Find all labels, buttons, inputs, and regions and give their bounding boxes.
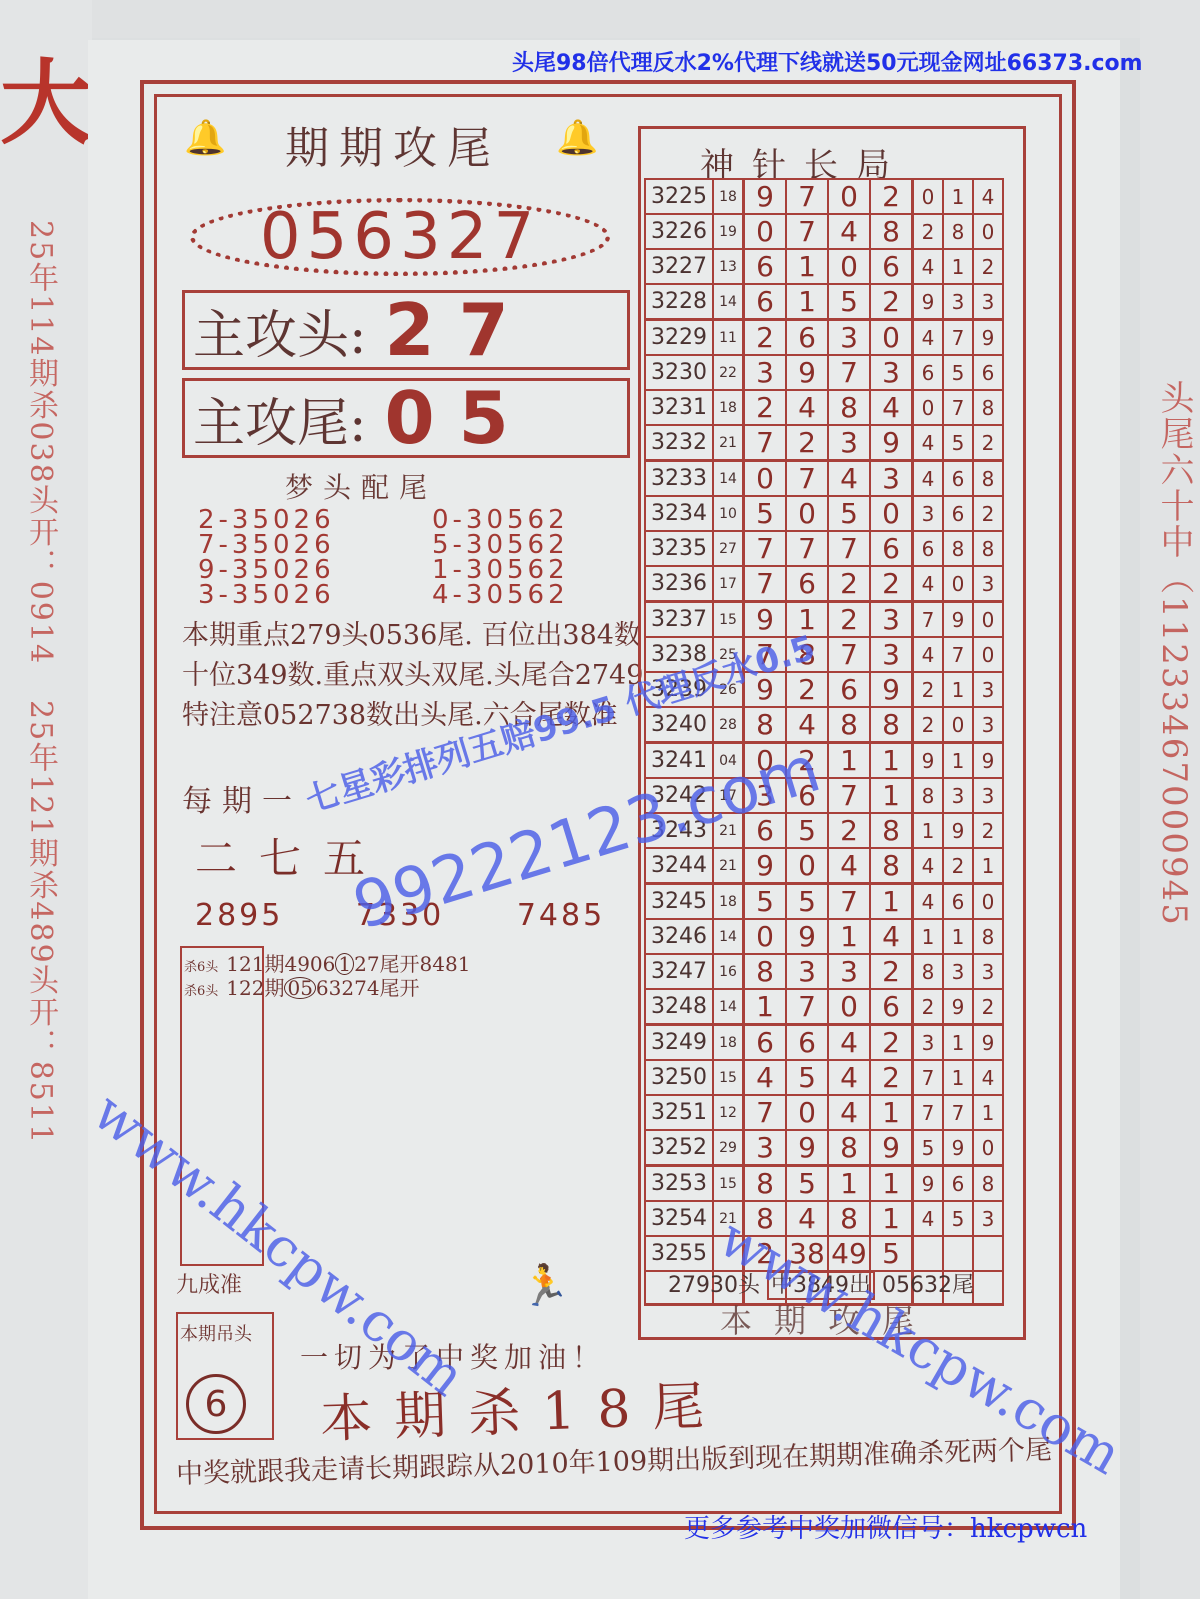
dream-title: 梦头配尾 bbox=[285, 466, 437, 506]
grid-big-digit: 1 bbox=[870, 743, 913, 779]
diao-tou-value: 6 bbox=[186, 1374, 246, 1434]
grid-issue: 3254 bbox=[645, 1201, 713, 1236]
dream-right-list: 0-30562 5-30562 1-30562 4-30562 bbox=[432, 508, 569, 608]
grid-big-digit: 1 bbox=[828, 919, 870, 954]
grid-big-digit: 6 bbox=[786, 1025, 828, 1061]
grid-big-digit: 7 bbox=[786, 989, 828, 1025]
grid-big-digit: 9 bbox=[744, 848, 787, 884]
grid-big-digit: 5 bbox=[828, 496, 870, 531]
grid-big-digit: 5 bbox=[870, 1236, 913, 1271]
grid-big-digit: 3 bbox=[744, 1130, 787, 1166]
grid-small-digit: 3 bbox=[943, 954, 973, 989]
grid-small-digit: 2 bbox=[973, 813, 1003, 848]
grid-big-digit: 7 bbox=[828, 355, 870, 390]
grid-big-digit: 7 bbox=[786, 531, 828, 566]
grid-issue: 3232 bbox=[645, 425, 713, 461]
grid-small-digit: 3 bbox=[943, 778, 973, 813]
grid-row: 3250154542714 bbox=[645, 1060, 1003, 1095]
grid-small-digit: 2 bbox=[913, 707, 944, 743]
grid-sum: 27 bbox=[713, 531, 744, 566]
grid-small-digit: 0 bbox=[973, 884, 1003, 920]
grid-small-digit: 8 bbox=[973, 461, 1003, 497]
grid-small-digit: 4 bbox=[973, 179, 1003, 214]
grid-big-digit: 0 bbox=[828, 249, 870, 284]
grid-big-digit: 7 bbox=[786, 214, 828, 249]
grid-big-digit: 7 bbox=[744, 425, 787, 461]
running-kid-icon: 🏃 bbox=[520, 1262, 570, 1309]
grid-small-digit: 9 bbox=[973, 1025, 1003, 1061]
grid-big-digit: 1 bbox=[744, 989, 787, 1025]
grid-small-digit: 2 bbox=[973, 989, 1003, 1025]
grid-big-digit: 4 bbox=[828, 1025, 870, 1061]
results-grid: 3225189702014322619074828032271361064123… bbox=[644, 178, 1004, 1306]
grid-big-digit: 0 bbox=[828, 179, 870, 214]
grid-big-digit: 5 bbox=[744, 884, 787, 920]
grid-row: 3229112630479 bbox=[645, 320, 1003, 356]
grid-row: 3247168332833 bbox=[645, 954, 1003, 989]
grid-big-digit: 8 bbox=[870, 813, 913, 848]
grid-small-digit: 7 bbox=[913, 1095, 944, 1130]
grid-small-digit: 3 bbox=[973, 954, 1003, 989]
grid-big-digit: 8 bbox=[870, 214, 913, 249]
grid-row: 3225189702014 bbox=[645, 179, 1003, 214]
grid-small-digit: 3 bbox=[913, 1025, 944, 1061]
grid-sum: 18 bbox=[713, 884, 744, 920]
grid-row: 3252293989590 bbox=[645, 1130, 1003, 1166]
grid-small-digit: 4 bbox=[913, 637, 944, 672]
grid-small-digit: 8 bbox=[973, 390, 1003, 425]
grid-row: 3230223973656 bbox=[645, 355, 1003, 390]
grid-small-digit: 5 bbox=[943, 355, 973, 390]
grid-big-digit: 8 bbox=[744, 954, 787, 989]
background-sheet-top bbox=[0, 0, 1200, 38]
grid-big-digit: 4 bbox=[870, 390, 913, 425]
left-sheet-line-2: 25年121期杀489头开：8511 bbox=[18, 700, 62, 1145]
diao-tou-label: 本期吊头 bbox=[180, 1320, 252, 1346]
grid-small-digit bbox=[973, 1236, 1003, 1271]
grid-big-digit: 2 bbox=[786, 425, 828, 461]
grid-big-digit: 3 bbox=[828, 954, 870, 989]
grid-small-digit: 0 bbox=[943, 566, 973, 602]
grid-small-digit bbox=[973, 1271, 1003, 1304]
grid-small-digit: 3 bbox=[973, 672, 1003, 707]
grid-big-digit: 7 bbox=[744, 1095, 787, 1130]
grid-row: 3240288488203 bbox=[645, 707, 1003, 743]
grid-big-digit: 0 bbox=[786, 848, 828, 884]
grid-big-digit: 2 bbox=[870, 179, 913, 214]
dream-left-item: 3-35026 bbox=[198, 583, 335, 608]
grid-issue: 3251 bbox=[645, 1095, 713, 1130]
grid-big-digit: 2 bbox=[870, 1025, 913, 1061]
grid-small-digit: 1 bbox=[943, 1060, 973, 1095]
kill-issue: 122期 bbox=[226, 976, 284, 1000]
grid-big-digit: 2 bbox=[786, 672, 828, 707]
grid-small-digit: 7 bbox=[943, 637, 973, 672]
left-sheet-big-char: 大 bbox=[0, 30, 92, 162]
grid-small-digit: 7 bbox=[943, 390, 973, 425]
grid-big-digit: 8 bbox=[828, 1201, 870, 1236]
grid-small-digit: 4 bbox=[913, 884, 944, 920]
grid-small-digit: 6 bbox=[943, 461, 973, 497]
grid-small-digit: 8 bbox=[913, 954, 944, 989]
dream-left-list: 2-35026 7-35026 9-35026 3-35026 bbox=[198, 508, 335, 608]
grid-small-digit: 2 bbox=[973, 425, 1003, 461]
grid-big-digit: 9 bbox=[786, 919, 828, 954]
grid-row: 3234105050362 bbox=[645, 496, 1003, 531]
grid-big-digit: 6 bbox=[870, 989, 913, 1025]
grid-small-digit: 4 bbox=[913, 461, 944, 497]
grid-big-digit: 2 bbox=[870, 954, 913, 989]
note-line: 本期重点279头0536尾. 百位出384数 bbox=[182, 616, 642, 656]
grid-small-digit: 0 bbox=[943, 707, 973, 743]
grid-big-digit: 5 bbox=[786, 884, 828, 920]
grid-big-digit: 8 bbox=[744, 707, 787, 743]
grid-small-digit: 3 bbox=[943, 284, 973, 320]
grid-issue: 3250 bbox=[645, 1060, 713, 1095]
grid-big-digit: 7 bbox=[828, 637, 870, 672]
grid-big-digit: 9 bbox=[786, 355, 828, 390]
grid-small-digit: 1 bbox=[913, 919, 944, 954]
grid-big-digit: 4 bbox=[786, 1201, 828, 1236]
kill-post: 63274尾开 bbox=[316, 976, 420, 1000]
key-number-oval: 056327 bbox=[190, 198, 610, 276]
grid-small-digit: 1 bbox=[973, 848, 1003, 884]
grid-big-digit: 1 bbox=[870, 778, 913, 813]
grid-big-digit: 3 bbox=[786, 954, 828, 989]
grid-big-digit: 8 bbox=[828, 707, 870, 743]
grid-row: 3231182484078 bbox=[645, 390, 1003, 425]
grid-big-digit: 0 bbox=[744, 461, 787, 497]
grid-big-digit: 0 bbox=[870, 496, 913, 531]
grid-small-digit: 4 bbox=[913, 320, 944, 356]
grid-small-digit: 7 bbox=[943, 1095, 973, 1130]
grid-big-digit: 3 bbox=[870, 461, 913, 497]
grid-small-digit: 9 bbox=[943, 602, 973, 638]
grid-big-digit: 3 bbox=[870, 602, 913, 638]
grid-big-digit: 9 bbox=[870, 425, 913, 461]
grid-small-digit: 3 bbox=[973, 707, 1003, 743]
grid-big-digit: 6 bbox=[870, 249, 913, 284]
grid-big-digit: 1 bbox=[870, 1095, 913, 1130]
grid-small-digit: 9 bbox=[943, 989, 973, 1025]
grid-sum: 18 bbox=[713, 179, 744, 214]
main-tail-label: 主攻尾: bbox=[193, 381, 367, 456]
grid-small-digit: 2 bbox=[943, 848, 973, 884]
each-period-number: 2895 bbox=[195, 898, 283, 933]
grid-big-digit: 2 bbox=[828, 602, 870, 638]
grid-row: 3245185571460 bbox=[645, 884, 1003, 920]
each-period-label: 每期一 bbox=[182, 776, 302, 820]
grid-big-digit: 6 bbox=[786, 566, 828, 602]
left-sheet-line-1: 25年114期杀038头开：0914 bbox=[18, 220, 62, 665]
grid-small-digit: 6 bbox=[913, 355, 944, 390]
grid-big-digit: 4 bbox=[828, 461, 870, 497]
bell-icon-left: 🔔 bbox=[184, 118, 226, 158]
grid-row: 3236177622403 bbox=[645, 566, 1003, 602]
grid-small-digit: 0 bbox=[973, 1130, 1003, 1166]
grid-row: 3235277776688 bbox=[645, 531, 1003, 566]
grid-small-digit: 7 bbox=[913, 1060, 944, 1095]
grid-sum: 29 bbox=[713, 1130, 744, 1166]
grid-sum: 14 bbox=[713, 989, 744, 1025]
kill-circled: 05 bbox=[284, 977, 315, 999]
grid-small-digit: 1 bbox=[943, 179, 973, 214]
grid-big-digit: 3 bbox=[828, 425, 870, 461]
grid-small-digit: 6 bbox=[943, 884, 973, 920]
grid-big-digit: 4 bbox=[870, 919, 913, 954]
grid-big-digit: 7 bbox=[828, 778, 870, 813]
grid-small-digit: 9 bbox=[913, 284, 944, 320]
grid-small-digit: 6 bbox=[973, 355, 1003, 390]
grid-sum: 17 bbox=[713, 566, 744, 602]
grid-row: 3232217239452 bbox=[645, 425, 1003, 461]
grid-big-digit: 1 bbox=[870, 1166, 913, 1202]
main-head-value: 27 bbox=[385, 288, 533, 372]
grid-small-digit bbox=[943, 1236, 973, 1271]
grid-small-digit: 2 bbox=[913, 989, 944, 1025]
grid-small-digit: 9 bbox=[943, 813, 973, 848]
grid-big-digit: 4 bbox=[786, 390, 828, 425]
grid-small-digit: 4 bbox=[913, 566, 944, 602]
grid-issue: 3252 bbox=[645, 1130, 713, 1166]
grid-big-digit: 4 bbox=[744, 1060, 787, 1095]
grid-big-digit: 7 bbox=[786, 179, 828, 214]
each-period-number: 7485 bbox=[517, 898, 605, 933]
grid-small-digit: 4 bbox=[913, 1201, 944, 1236]
grid-small-digit: 2 bbox=[913, 672, 944, 707]
grid-sum: 15 bbox=[713, 1060, 744, 1095]
grid-small-digit: 2 bbox=[913, 214, 944, 249]
kill-tag: 杀6头 bbox=[184, 984, 218, 999]
grid-big-digit: 0 bbox=[744, 214, 787, 249]
grid-issue: 3228 bbox=[645, 284, 713, 320]
grid-big-digit: 9 bbox=[870, 1130, 913, 1166]
grid-big-digit: 2 bbox=[744, 390, 787, 425]
grid-big-digit: 6 bbox=[828, 672, 870, 707]
right-sheet-line-1: 头尾六十中（11233467000945 bbox=[1150, 380, 1199, 927]
grid-sum: 13 bbox=[713, 249, 744, 284]
grid-big-digit: 3 bbox=[828, 320, 870, 356]
grid-small-digit: 4 bbox=[913, 249, 944, 284]
grid-big-digit: 7 bbox=[828, 884, 870, 920]
grid-small-digit: 9 bbox=[973, 320, 1003, 356]
grid-small-digit: 4 bbox=[913, 425, 944, 461]
grid-big-digit: 8 bbox=[828, 1130, 870, 1166]
grid-small-digit: 3 bbox=[973, 284, 1003, 320]
grid-issue: 3249 bbox=[645, 1025, 713, 1061]
grid-big-digit: 6 bbox=[786, 320, 828, 356]
grid-issue: 3237 bbox=[645, 602, 713, 638]
grid-big-digit: 0 bbox=[828, 989, 870, 1025]
grid-sum: 18 bbox=[713, 390, 744, 425]
kill-history-row: 杀6头122期0563274尾开 bbox=[184, 972, 420, 1001]
grid-issue: 3245 bbox=[645, 884, 713, 920]
grid-small-digit: 7 bbox=[913, 602, 944, 638]
grid-small-digit: 2 bbox=[973, 249, 1003, 284]
grid-issue: 3233 bbox=[645, 461, 713, 497]
grid-big-digit: 6 bbox=[744, 249, 787, 284]
grid-small-digit: 3 bbox=[973, 1201, 1003, 1236]
grid-big-digit: 5 bbox=[786, 1060, 828, 1095]
main-tail-box: 主攻尾: 05 bbox=[182, 378, 630, 458]
page-title: 期期攻尾 bbox=[285, 112, 501, 176]
grid-row: 3227136106412 bbox=[645, 249, 1003, 284]
grid-small-digit: 7 bbox=[943, 320, 973, 356]
grid-small-digit: 1 bbox=[973, 1095, 1003, 1130]
grid-big-digit: 6 bbox=[870, 531, 913, 566]
grid-sum: 28 bbox=[713, 707, 744, 743]
grid-big-digit: 1 bbox=[870, 1201, 913, 1236]
grid-row: 3237159123790 bbox=[645, 602, 1003, 638]
grid-row: 3249186642319 bbox=[645, 1025, 1003, 1061]
grid-big-digit: 9 bbox=[744, 179, 787, 214]
grid-big-digit: 9 bbox=[870, 672, 913, 707]
grid-big-digit: 0 bbox=[786, 496, 828, 531]
grid-small-digit: 8 bbox=[943, 214, 973, 249]
main-head-label: 主攻头: bbox=[193, 293, 367, 368]
grid-big-digit: 9 bbox=[786, 1130, 828, 1166]
grid-big-digit: 3 bbox=[744, 355, 787, 390]
grid-big-digit: 5 bbox=[744, 496, 787, 531]
grid-row: 3233140743468 bbox=[645, 461, 1003, 497]
grid-row: 3226190748280 bbox=[645, 214, 1003, 249]
grid-row: 3253158511968 bbox=[645, 1166, 1003, 1202]
grid-row: 3254218481453 bbox=[645, 1201, 1003, 1236]
grid-issue: 3229 bbox=[645, 320, 713, 356]
grid-small-digit: 1 bbox=[913, 813, 944, 848]
grid-small-digit: 8 bbox=[943, 531, 973, 566]
grid-sum: 12 bbox=[713, 1095, 744, 1130]
grid-sum: 21 bbox=[713, 848, 744, 884]
grid-big-digit: 2 bbox=[870, 284, 913, 320]
grid-big-digit: 7 bbox=[744, 531, 787, 566]
grid-big-digit: 7 bbox=[786, 461, 828, 497]
grid-big-digit: 4 bbox=[828, 1095, 870, 1130]
grid-issue: 3231 bbox=[645, 390, 713, 425]
grid-sum: 10 bbox=[713, 496, 744, 531]
grid-big-digit: 8 bbox=[870, 707, 913, 743]
grid-small-digit: 0 bbox=[973, 602, 1003, 638]
grid-small-digit: 0 bbox=[913, 390, 944, 425]
grid-big-digit: 2 bbox=[828, 566, 870, 602]
promo-banner-bottom: 更多参考中奖加微信号：hkcpwcn bbox=[684, 1508, 1087, 1545]
grid-big-digit: 4 bbox=[828, 848, 870, 884]
grid-big-digit: 2 bbox=[744, 320, 787, 356]
grid-big-digit: 0 bbox=[870, 320, 913, 356]
grid-big-digit: 8 bbox=[870, 848, 913, 884]
grid-small-digit: 5 bbox=[913, 1130, 944, 1166]
grid-big-digit: 6 bbox=[744, 284, 787, 320]
main-head-box: 主攻头: 27 bbox=[182, 290, 630, 370]
grid-small-digit: 9 bbox=[973, 743, 1003, 779]
grid-sum: 11 bbox=[713, 320, 744, 356]
grid-big-digit: 5 bbox=[786, 813, 828, 848]
grid-sum: 14 bbox=[713, 919, 744, 954]
grid-small-digit bbox=[913, 1236, 944, 1271]
grid-small-digit: 2 bbox=[973, 496, 1003, 531]
grid-row: 3246140914118 bbox=[645, 919, 1003, 954]
grid-small-digit: 1 bbox=[943, 672, 973, 707]
grid-issue: 3235 bbox=[645, 531, 713, 566]
grid-issue: 3246 bbox=[645, 919, 713, 954]
grid-sum: 16 bbox=[713, 954, 744, 989]
grid-big-digit: 5 bbox=[828, 284, 870, 320]
grid-small-digit: 8 bbox=[973, 1166, 1003, 1202]
grid-small-digit: 0 bbox=[913, 179, 944, 214]
grid-small-digit: 4 bbox=[973, 1060, 1003, 1095]
grid-small-digit: 1 bbox=[943, 919, 973, 954]
grid-big-digit: 1 bbox=[786, 284, 828, 320]
grid-row: 3228146152933 bbox=[645, 284, 1003, 320]
grid-small-digit: 6 bbox=[943, 1166, 973, 1202]
grid-big-digit: 7 bbox=[744, 566, 787, 602]
grid-small-digit: 9 bbox=[943, 1130, 973, 1166]
grid-small-digit: 3 bbox=[973, 566, 1003, 602]
grid-small-digit: 5 bbox=[943, 1201, 973, 1236]
grid-sum: 15 bbox=[713, 602, 744, 638]
bell-icon-right: 🔔 bbox=[556, 118, 598, 158]
grid-big-digit: 4 bbox=[828, 1060, 870, 1095]
grid-small-digit: 1 bbox=[943, 1025, 973, 1061]
grid-small-digit: 6 bbox=[913, 531, 944, 566]
grid-footer-tail: 05632尾 bbox=[882, 1273, 974, 1298]
grid-big-digit: 4 bbox=[828, 214, 870, 249]
grid-sum: 14 bbox=[713, 461, 744, 497]
grid-small-digit: 0 bbox=[973, 637, 1003, 672]
grid-sum: 21 bbox=[713, 425, 744, 461]
grid-big-digit: 7 bbox=[828, 531, 870, 566]
grid-small-digit: 3 bbox=[913, 496, 944, 531]
grid-big-digit: 0 bbox=[786, 1095, 828, 1130]
grid-big-digit: 5 bbox=[786, 1166, 828, 1202]
grid-small-digit: 1 bbox=[943, 249, 973, 284]
grid-big-digit: 2 bbox=[870, 566, 913, 602]
grid-big-digit: 3 bbox=[870, 355, 913, 390]
grid-big-digit: 1 bbox=[828, 743, 870, 779]
grid-row: 3248141706292 bbox=[645, 989, 1003, 1025]
grid-big-digit: 1 bbox=[828, 1166, 870, 1202]
grid-small-digit: 5 bbox=[943, 425, 973, 461]
grid-small-digit: 3 bbox=[973, 778, 1003, 813]
grid-big-digit: 0 bbox=[744, 919, 787, 954]
grid-big-digit: 1 bbox=[870, 884, 913, 920]
grid-small-digit: 4 bbox=[913, 848, 944, 884]
grid-small-digit: 0 bbox=[973, 214, 1003, 249]
grid-issue: 3255 bbox=[645, 1236, 713, 1271]
grid-issue: 3236 bbox=[645, 566, 713, 602]
grid-small-digit: 8 bbox=[973, 531, 1003, 566]
grid-issue: 3234 bbox=[645, 496, 713, 531]
grid-row: 3244219048421 bbox=[645, 848, 1003, 884]
main-tail-value: 05 bbox=[385, 376, 533, 460]
grid-small-digit: 6 bbox=[943, 496, 973, 531]
grid-issue: 3225 bbox=[645, 179, 713, 214]
grid-big-digit: 8 bbox=[744, 1166, 787, 1202]
grid-big-digit: 3 bbox=[870, 637, 913, 672]
grid-big-digit: 1 bbox=[786, 249, 828, 284]
grid-issue: 3227 bbox=[645, 249, 713, 284]
grid-sum: 22 bbox=[713, 355, 744, 390]
grid-sum: 15 bbox=[713, 1166, 744, 1202]
grid-big-digit: 2 bbox=[828, 813, 870, 848]
promo-banner-top: 头尾98倍代理反水2%代理下线就送50元现金网址66373.com bbox=[512, 46, 1143, 77]
grid-issue: 3230 bbox=[645, 355, 713, 390]
grid-small-digit: 8 bbox=[913, 778, 944, 813]
dream-right-item: 4-30562 bbox=[432, 583, 569, 608]
grid-small-digit: 9 bbox=[913, 1166, 944, 1202]
ninety-percent-label: 九成准 bbox=[176, 1268, 242, 1299]
grid-big-digit: 6 bbox=[744, 1025, 787, 1061]
